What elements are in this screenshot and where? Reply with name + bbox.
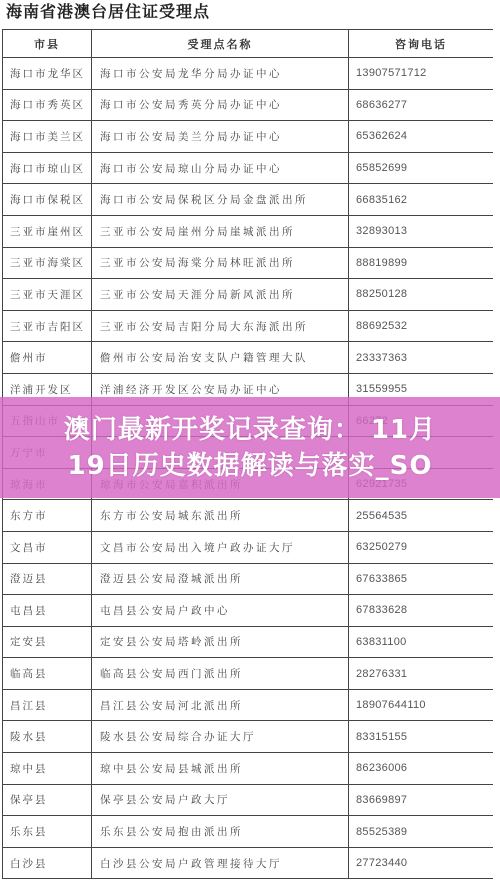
phone-cell: 23337363 [349,342,493,373]
county-cell: 昌江县 [2,690,92,721]
phone-cell: 83669897 [349,785,493,816]
phone-cell: 86236006 [349,753,493,784]
office-cell: 定安县公安局塔岭派出所 [92,627,349,658]
table-row: 陵水县陵水县公安局综合办证大厅83315155 [2,721,493,753]
county-cell: 三亚市天涯区 [2,279,92,310]
phone-cell: 28276331 [349,658,493,689]
phone-cell: 18907644110 [349,690,493,721]
table-row: 东方市东方市公安局城东派出所25564535 [2,500,493,532]
phone-cell: 88692532 [349,311,493,342]
office-cell: 屯昌县公安局户政中心 [92,595,349,626]
document-title: 海南省港澳台居住证受理点 [6,2,210,22]
phone-cell: 85525389 [349,816,493,847]
county-cell: 临高县 [2,658,92,689]
table-row: 海口市保税区海口市公安局保税区分局金盘派出所66835162 [2,184,493,216]
table-row: 屯昌县屯昌县公安局户政中心67833628 [2,595,493,627]
phone-cell: 88250128 [349,279,493,310]
county-cell: 定安县 [2,627,92,658]
phone-cell: 68636277 [349,90,493,121]
table-row: 琼中县琼中县公安局县城派出所86236006 [2,753,493,785]
table-row: 临高县临高县公安局西门派出所28276331 [2,658,493,690]
county-cell: 海口市美兰区 [2,121,92,152]
county-cell: 文昌市 [2,532,92,563]
table-row: 昌江县昌江县公安局河北派出所18907644110 [2,690,493,722]
county-cell: 东方市 [2,500,92,531]
phone-cell: 27723440 [349,848,493,879]
phone-cell: 13907571712 [349,58,493,89]
county-cell: 海口市琼山区 [2,153,92,184]
table-row: 三亚市天涯区三亚市公安局天涯分局新风派出所88250128 [2,279,493,311]
office-cell: 三亚市公安局崖州分局崖城派出所 [92,216,349,247]
county-cell: 海口市龙华区 [2,58,92,89]
header-office: 受理点名称 [92,30,349,57]
office-cell: 三亚市公安局吉阳分局大东海派出所 [92,311,349,342]
table-row: 乐东县乐东县公安局抱由派出所85525389 [2,816,493,848]
office-cell: 海口市公安局秀英分局办证中心 [92,90,349,121]
office-cell: 东方市公安局城东派出所 [92,500,349,531]
phone-cell: 67633865 [349,564,493,595]
table-header: 市县 受理点名称 咨询电话 [2,29,493,58]
county-cell: 三亚市海棠区 [2,248,92,279]
phone-cell: 83315155 [349,721,493,752]
promo-overlay-banner: 澳门最新开奖记录查询： 11月 19日历史数据解读与落实_SO [0,397,500,498]
county-cell: 海口市秀英区 [2,90,92,121]
phone-cell: 65362624 [349,121,493,152]
phone-cell: 32893013 [349,216,493,247]
table-row: 白沙县白沙县公安局户政管理接待大厅27723440 [2,848,493,880]
phone-cell: 66835162 [349,184,493,215]
table-row: 澄迈县澄迈县公安局澄城派出所67633865 [2,564,493,596]
office-cell: 澄迈县公安局澄城派出所 [92,564,349,595]
office-cell: 保亭县公安局户政大厅 [92,785,349,816]
overlay-line-1: 澳门最新开奖记录查询： 11月 [64,412,436,448]
office-cell: 陵水县公安局综合办证大厅 [92,721,349,752]
table-row: 三亚市崖州区三亚市公安局崖州分局崖城派出所32893013 [2,216,493,248]
office-cell: 海口市公安局龙华分局办证中心 [92,58,349,89]
table-row: 海口市龙华区海口市公安局龙华分局办证中心13907571712 [2,58,493,90]
table-row: 海口市美兰区海口市公安局美兰分局办证中心65362624 [2,121,493,153]
county-cell: 三亚市吉阳区 [2,311,92,342]
table-row: 文昌市文昌市公安局出入境户政办证大厅63250279 [2,532,493,564]
county-cell: 三亚市崖州区 [2,216,92,247]
table-row: 海口市秀英区海口市公安局秀英分局办证中心68636277 [2,90,493,122]
phone-cell: 88819899 [349,248,493,279]
office-cell: 乐东县公安局抱由派出所 [92,816,349,847]
phone-cell: 25564535 [349,500,493,531]
table-row: 三亚市海棠区三亚市公安局海棠分局林旺派出所88819899 [2,248,493,280]
header-county: 市县 [2,30,92,57]
office-cell: 琼中县公安局县城派出所 [92,753,349,784]
county-cell: 海口市保税区 [2,184,92,215]
overlay-line-2: 19日历史数据解读与落实_SO [67,448,432,484]
county-cell: 乐东县 [2,816,92,847]
county-cell: 陵水县 [2,721,92,752]
office-cell: 昌江县公安局河北派出所 [92,690,349,721]
office-cell: 海口市公安局美兰分局办证中心 [92,121,349,152]
phone-cell: 67833628 [349,595,493,626]
county-cell: 白沙县 [2,848,92,879]
office-cell: 三亚市公安局天涯分局新风派出所 [92,279,349,310]
county-cell: 澄迈县 [2,564,92,595]
office-cell: 海口市公安局琼山分局办证中心 [92,153,349,184]
phone-cell: 63250279 [349,532,493,563]
office-cell: 儋州市公安局治安支队户籍管理大队 [92,342,349,373]
county-cell: 琼中县 [2,753,92,784]
table-row: 保亭县保亭县公安局户政大厅83669897 [2,785,493,817]
table-row: 定安县定安县公安局塔岭派出所63831100 [2,627,493,659]
office-cell: 海口市公安局保税区分局金盘派出所 [92,184,349,215]
table-row: 三亚市吉阳区三亚市公安局吉阳分局大东海派出所88692532 [2,311,493,343]
county-cell: 保亭县 [2,785,92,816]
county-cell: 儋州市 [2,342,92,373]
office-cell: 三亚市公安局海棠分局林旺派出所 [92,248,349,279]
table-row: 儋州市儋州市公安局治安支队户籍管理大队23337363 [2,342,493,374]
phone-cell: 63831100 [349,627,493,658]
phone-cell: 65852699 [349,153,493,184]
county-cell: 屯昌县 [2,595,92,626]
office-cell: 文昌市公安局出入境户政办证大厅 [92,532,349,563]
header-phone: 咨询电话 [349,30,493,57]
office-cell: 临高县公安局西门派出所 [92,658,349,689]
table-row: 海口市琼山区海口市公安局琼山分局办证中心65852699 [2,153,493,185]
office-cell: 白沙县公安局户政管理接待大厅 [92,848,349,879]
